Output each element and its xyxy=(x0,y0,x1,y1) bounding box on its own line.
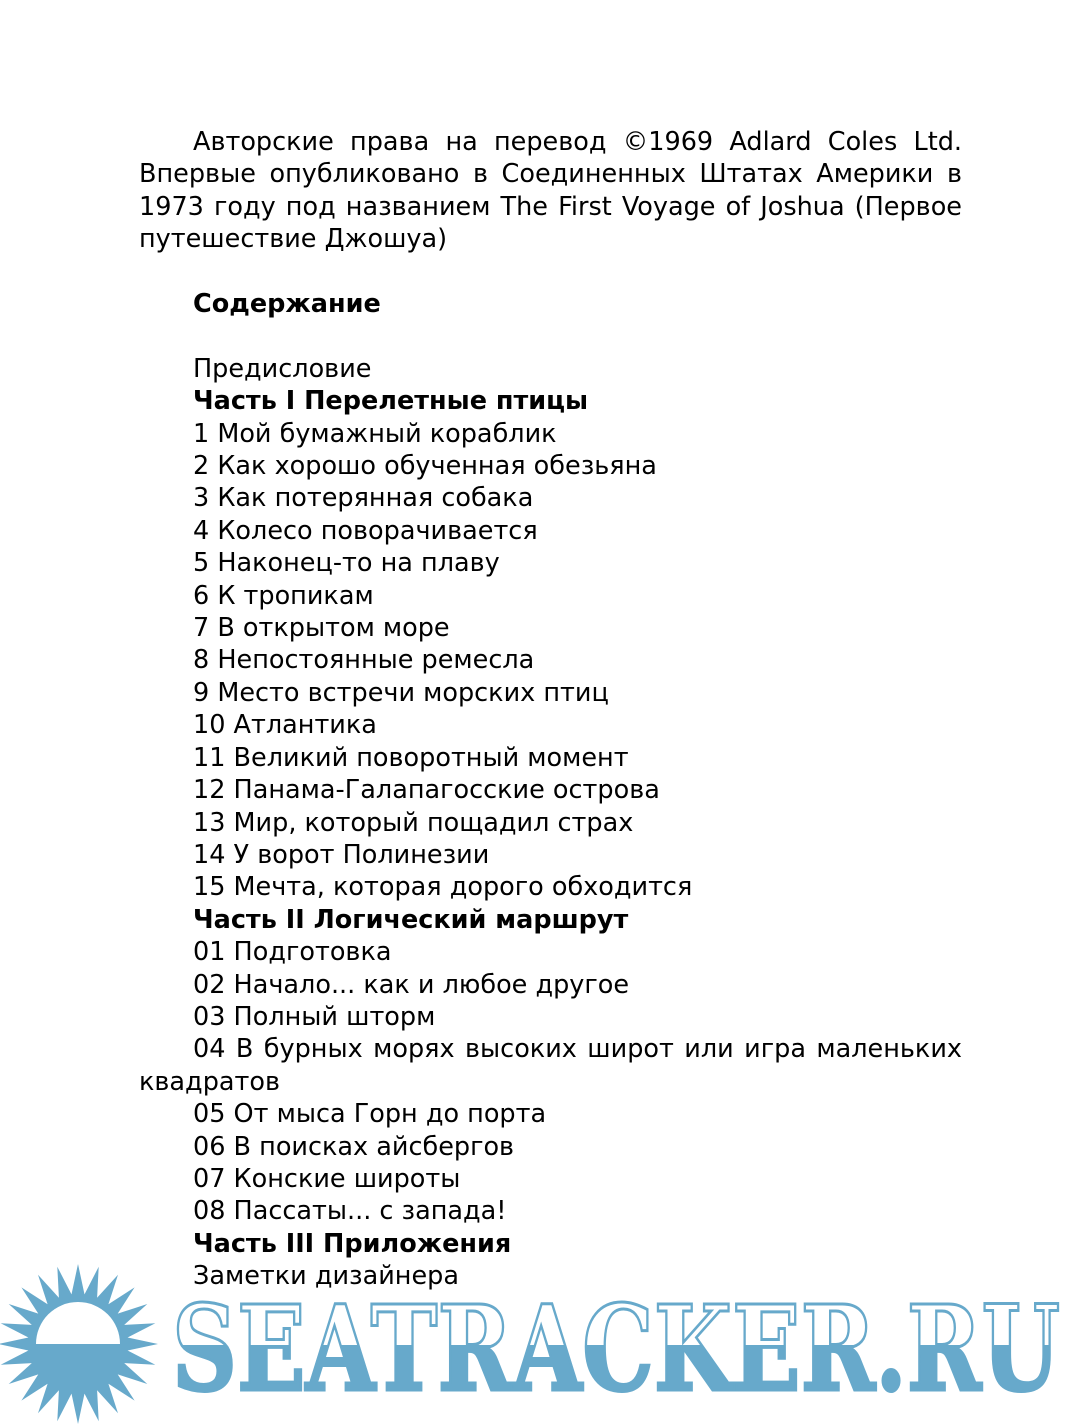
toc-item: 06 В поисках айсбергов xyxy=(139,1131,962,1163)
toc-item: 1 Мой бумажный кораблик xyxy=(139,418,962,450)
toc-item: 02 Начало... как и любое другое xyxy=(139,969,962,1001)
toc-item: 9 Место встречи морских птиц xyxy=(139,677,962,709)
toc-item: 05 От мыса Горн до порта xyxy=(139,1098,962,1130)
contents-heading: Содержание xyxy=(139,288,962,320)
toc-item: 04 В бурных морях высоких широт или игра… xyxy=(139,1033,962,1098)
toc-item: Предисловие xyxy=(139,353,962,385)
toc-item: 03 Полный шторм xyxy=(139,1001,962,1033)
toc-item: 6 К тропикам xyxy=(139,580,962,612)
table-of-contents: ПредисловиеЧасть I Перелетные птицы1 Мой… xyxy=(139,353,962,1293)
toc-part-heading: Часть I Перелетные птицы xyxy=(139,385,962,417)
toc-part-heading: Часть II Логический маршрут xyxy=(139,904,962,936)
toc-item: 13 Мир, который пощадил страх xyxy=(139,807,962,839)
toc-item: 07 Конские широты xyxy=(139,1163,962,1195)
sun-icon: SEATRACKER.RUSEATRACKER.RU xyxy=(0,1262,1080,1425)
document-page: Авторские права на перевод ©1969 Adlard … xyxy=(139,126,962,1293)
toc-item: 14 У ворот Полинезии xyxy=(139,839,962,871)
toc-item: 2 Как хорошо обученная обезьяна xyxy=(139,450,962,482)
toc-item: 8 Непостоянные ремесла xyxy=(139,644,962,676)
toc-item: 10 Атлантика xyxy=(139,709,962,741)
toc-item: 3 Как потерянная собака xyxy=(139,482,962,514)
toc-item: 5 Наконец-то на плаву xyxy=(139,547,962,579)
toc-item: 11 Великий поворотный момент xyxy=(139,742,962,774)
toc-item: 01 Подготовка xyxy=(139,936,962,968)
toc-part-heading: Часть III Приложения xyxy=(139,1228,962,1260)
toc-item: 08 Пассаты... с запада! xyxy=(139,1195,962,1227)
toc-item: 7 В открытом море xyxy=(139,612,962,644)
copyright-paragraph: Авторские права на перевод ©1969 Adlard … xyxy=(139,126,962,256)
toc-item: 4 Колесо поворачивается xyxy=(139,515,962,547)
watermark-logo: SEATRACKER.RUSEATRACKER.RU xyxy=(0,1262,1080,1425)
toc-item: 15 Мечта, которая дорого обходится xyxy=(139,871,962,903)
toc-item: 12 Панама-Галапагосские острова xyxy=(139,774,962,806)
